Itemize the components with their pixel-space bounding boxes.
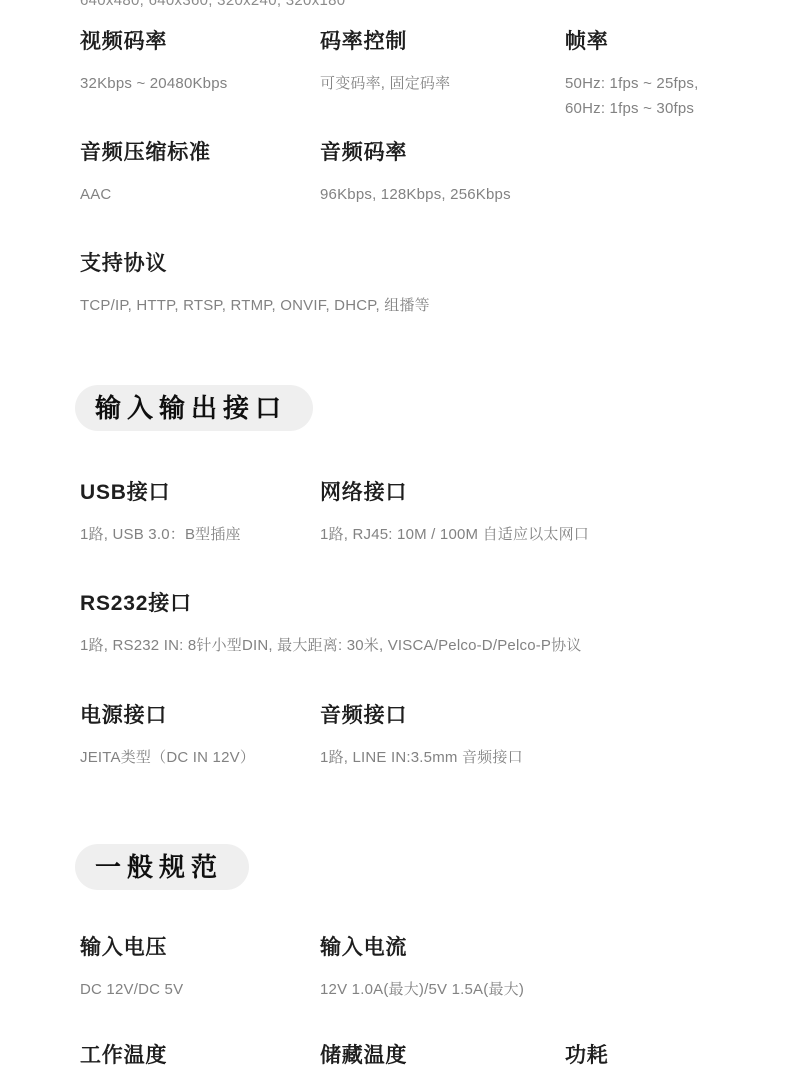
spec-label-network-port: 网络接口 bbox=[320, 479, 589, 507]
spec-item-rs232-port: RS232接口 1路, RS232 IN: 8针小型DIN, 最大距离: 30米… bbox=[80, 590, 582, 658]
spec-label-video-bitrate: 视频码率 bbox=[80, 28, 227, 56]
section-header-general: 一般规范 bbox=[75, 844, 249, 890]
spec-label-input-current: 输入电流 bbox=[320, 934, 524, 962]
spec-label-audio-compression: 音频压缩标准 bbox=[80, 139, 211, 167]
spec-label-storage-temp: 储藏温度 bbox=[320, 1042, 407, 1066]
spec-value-bitrate-control: 可变码率, 固定码率 bbox=[320, 71, 450, 96]
spec-item-audio-compression: 音频压缩标准 AAC bbox=[80, 139, 211, 207]
spec-value-input-voltage: DC 12V/DC 5V bbox=[80, 977, 183, 1002]
spec-label-protocols: 支持协议 bbox=[80, 250, 430, 278]
spec-value-input-current: 12V 1.0A(最大)/5V 1.5A(最大) bbox=[320, 977, 524, 1002]
spec-label-working-temp: 工作温度 bbox=[80, 1042, 167, 1066]
spec-item-audio-bitrate: 音频码率 96Kbps, 128Kbps, 256Kbps bbox=[320, 139, 511, 207]
spec-item-network-port: 网络接口 1路, RJ45: 10M / 100M 自适应以太网口 bbox=[320, 479, 589, 547]
spec-value-audio-port: 1路, LINE IN:3.5mm 音频接口 bbox=[320, 745, 523, 770]
spec-value-protocols: TCP/IP, HTTP, RTSP, RTMP, ONVIF, DHCP, 组… bbox=[80, 293, 430, 318]
spec-value-audio-bitrate: 96Kbps, 128Kbps, 256Kbps bbox=[320, 182, 511, 207]
spec-item-working-temp: 工作温度 bbox=[80, 1042, 167, 1066]
section-header-io: 输入输出接口 bbox=[75, 385, 313, 431]
spec-item-input-voltage: 输入电压 DC 12V/DC 5V bbox=[80, 934, 183, 1002]
spec-label-usb-port: USB接口 bbox=[80, 479, 241, 507]
spec-value-power-port: JEITA类型（DC IN 12V） bbox=[80, 745, 255, 770]
spec-value-rs232-port: 1路, RS232 IN: 8针小型DIN, 最大距离: 30米, VISCA/… bbox=[80, 633, 582, 658]
spec-label-bitrate-control: 码率控制 bbox=[320, 28, 450, 56]
spec-label-input-voltage: 输入电压 bbox=[80, 934, 183, 962]
spec-item-audio-port: 音频接口 1路, LINE IN:3.5mm 音频接口 bbox=[320, 702, 523, 770]
spec-item-frame-rate: 帧率 50Hz: 1fps ~ 25fps, 60Hz: 1fps ~ 30fp… bbox=[565, 28, 698, 121]
spec-value-network-port: 1路, RJ45: 10M / 100M 自适应以太网口 bbox=[320, 522, 589, 547]
spec-value-video-bitrate: 32Kbps ~ 20480Kbps bbox=[80, 71, 227, 96]
spec-item-usb-port: USB接口 1路, USB 3.0：B型插座 bbox=[80, 479, 241, 547]
spec-label-audio-bitrate: 音频码率 bbox=[320, 139, 511, 167]
spec-label-frame-rate: 帧率 bbox=[565, 28, 698, 56]
spec-label-power-consumption: 功耗 bbox=[565, 1042, 609, 1066]
spec-label-power-port: 电源接口 bbox=[80, 702, 255, 730]
spec-item-storage-temp: 储藏温度 bbox=[320, 1042, 407, 1066]
spec-value-frame-rate: 50Hz: 1fps ~ 25fps, 60Hz: 1fps ~ 30fps bbox=[565, 71, 698, 121]
spec-item-input-current: 输入电流 12V 1.0A(最大)/5V 1.5A(最大) bbox=[320, 934, 524, 1002]
spec-value-audio-compression: AAC bbox=[80, 182, 211, 207]
truncated-resolutions-line: 640x480, 640x360, 320x240, 320x180 bbox=[80, 0, 345, 10]
spec-value-usb-port: 1路, USB 3.0：B型插座 bbox=[80, 522, 241, 547]
spec-item-power-port: 电源接口 JEITA类型（DC IN 12V） bbox=[80, 702, 255, 770]
spec-item-bitrate-control: 码率控制 可变码率, 固定码率 bbox=[320, 28, 450, 96]
spec-label-audio-port: 音频接口 bbox=[320, 702, 523, 730]
spec-label-rs232-port: RS232接口 bbox=[80, 590, 582, 618]
spec-item-power-consumption: 功耗 bbox=[565, 1042, 609, 1066]
spec-page: 640x480, 640x360, 320x240, 320x180 视频码率 … bbox=[0, 0, 790, 1066]
spec-item-video-bitrate: 视频码率 32Kbps ~ 20480Kbps bbox=[80, 28, 227, 96]
spec-item-protocols: 支持协议 TCP/IP, HTTP, RTSP, RTMP, ONVIF, DH… bbox=[80, 250, 430, 318]
